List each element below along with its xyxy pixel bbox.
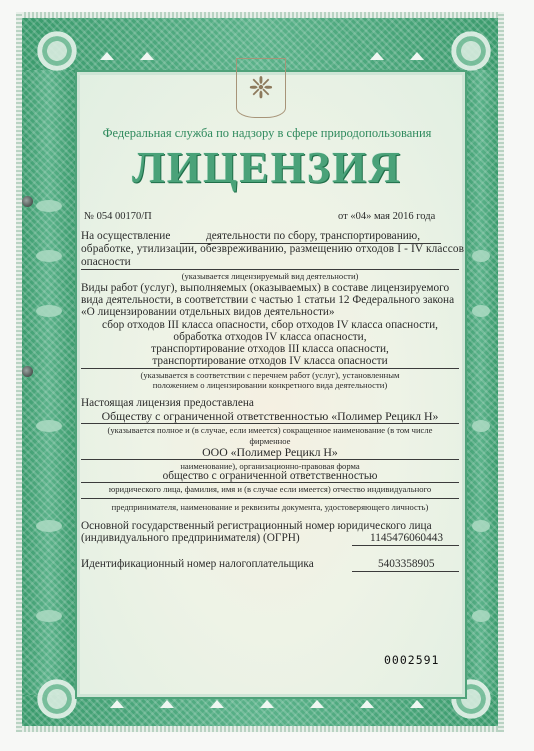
works-intro-3: «О лицензировании отдельных видов деятел… (81, 306, 335, 319)
ornament-icon (472, 305, 490, 317)
form-serial-number: 0002591 (384, 653, 439, 667)
ornament-icon (472, 250, 490, 262)
ornament-icon (210, 700, 224, 708)
activity-line-2: обработке, утилизации, обезвреживанию, р… (81, 243, 464, 256)
ornament-icon (110, 700, 124, 708)
coat-of-arms-icon: ❈ (236, 58, 286, 118)
punch-hole-icon (22, 366, 33, 377)
ogrn-value: 1145476060443 (370, 532, 443, 545)
frame-bottom-edge (16, 726, 504, 732)
underline (81, 269, 459, 270)
license-number: № 054 00170/П (84, 210, 152, 223)
ornament-icon (36, 305, 62, 317)
underline (81, 368, 459, 369)
works-caption-1: (указывается в соответствии с перечнем р… (81, 370, 459, 380)
agency-name: Федеральная служба по надзору в сфере пр… (0, 126, 534, 141)
underline (81, 482, 459, 483)
inn-label: Идентификационный номер налогоплательщик… (81, 558, 314, 571)
ornament-icon (472, 420, 490, 432)
ogrn-label-2: (индивидуального предпринимателя) (ОГРН) (81, 532, 300, 545)
activity-line-1: деятельности по сбору, транспортированию… (206, 230, 420, 243)
ornament-icon (160, 700, 174, 708)
licensee-caption-1: (указывается полное и (в случае, если им… (81, 425, 459, 435)
underline (81, 459, 459, 460)
corner-ornament-icon (448, 28, 494, 74)
ornament-icon (260, 700, 274, 708)
corner-ornament-icon (34, 28, 80, 74)
ornament-icon (100, 52, 114, 60)
document-title: ЛИЦЕНЗИЯ (0, 142, 534, 193)
ornament-icon (36, 420, 62, 432)
underline (81, 423, 459, 424)
ornament-icon (360, 700, 374, 708)
ornament-icon (410, 52, 424, 60)
activity-line-3: опасности (81, 256, 131, 269)
licensee-caption-4: юридического лица, фамилия, имя и (в слу… (81, 484, 459, 494)
ornament-icon (472, 520, 490, 532)
licensee-short-name: ООО «Полимер Рецикл Н» (81, 446, 459, 459)
inn-value: 5403358905 (378, 558, 434, 571)
activity-caption: (указывается лицензируемый вид деятельно… (81, 271, 459, 281)
license-date: от «04» мая 2016 года (338, 210, 435, 223)
ornament-icon (410, 700, 424, 708)
activity-label: На осуществление (81, 230, 170, 243)
ornament-icon (310, 700, 324, 708)
punch-hole-icon (22, 196, 33, 207)
ornament-icon (36, 520, 62, 532)
ornament-icon (36, 250, 62, 262)
underline (352, 571, 459, 572)
ornament-icon (36, 200, 62, 212)
frame-right-edge (498, 12, 504, 732)
corner-ornament-icon (34, 676, 80, 722)
ornament-icon (140, 52, 154, 60)
licensee-full-name: Обществу с ограниченной ответственностью… (81, 410, 459, 423)
works-item: транспортирование отходов IV класса опас… (81, 355, 459, 368)
licensee-caption-5: предпринимателя, наименование и реквизит… (81, 502, 459, 512)
works-caption-2: положением о лицензировании конкретного … (81, 380, 459, 390)
ornament-icon (36, 610, 62, 622)
ornament-icon (370, 52, 384, 60)
underline (81, 498, 459, 499)
underline (352, 545, 459, 546)
ornament-icon (472, 610, 490, 622)
